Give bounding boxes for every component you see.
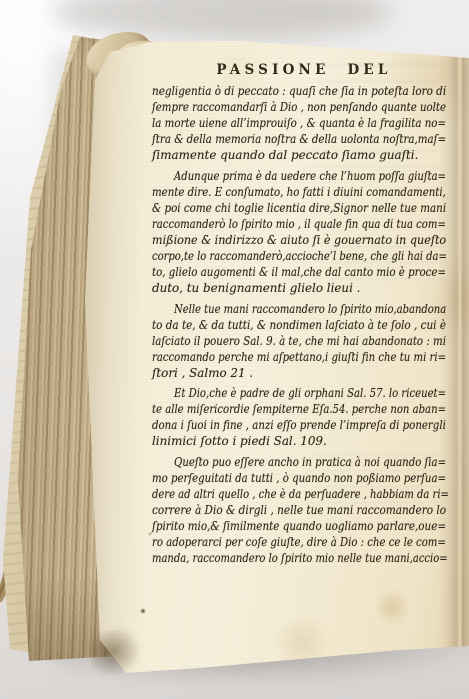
- text-line: ſempre raccomandarſi à Dio , non penſand…: [152, 99, 448, 115]
- text-line: dona i ſuoi in fine , anzi eſſo prende l…: [152, 417, 448, 433]
- text-line: manda, raccomandero lo ſpirito mio nelle…: [152, 550, 448, 566]
- text-line: raccomando perche mi aſpettano,i giuſti …: [152, 349, 448, 365]
- paragraph: Adunque prima è da uedere che l’huom poſ…: [152, 168, 448, 296]
- text-line: Nelle tue mani raccomandero lo ſpirito m…: [152, 301, 448, 317]
- running-header: PASSIONE DEL: [168, 62, 440, 78]
- text-line: Queſto puo eſſere ancho in pratica à noi…: [152, 454, 448, 470]
- book-photograph: PASSIONE DEL negligentia ò di peccato : …: [0, 0, 469, 699]
- text-line: negligentia ò di peccato : quaſi che ſia…: [152, 83, 448, 99]
- text-line: to, glielo augomenti & il mal,che dal ca…: [152, 264, 448, 280]
- text-line: la morte uiene all’improuiſo , & quanta …: [152, 115, 448, 131]
- text-line: ro adoperarci per coſe giuſte, dire à Di…: [152, 534, 448, 550]
- text-line: raccomanderò lo ſpirito mio , il quale f…: [152, 216, 448, 232]
- text-line: mente dire. E conſumato, ho fatti i diui…: [152, 184, 448, 200]
- text-line: duto, tu benignamenti glielo lieui .: [152, 280, 448, 296]
- paragraph: Queſto puo eſſere ancho in pratica à noi…: [152, 454, 448, 566]
- text-block: negligentia ò di peccato : quaſi che ſia…: [152, 83, 448, 566]
- paragraph: Nelle tue mani raccomandero lo ſpirito m…: [152, 301, 448, 381]
- text-line: mißione & indirizzo & aiuto ſi è gouerna…: [152, 232, 448, 248]
- text-line: te alle miſericordie ſempiterne Eſa.54. …: [152, 401, 448, 417]
- text-line: ſtra & della memoria noſtra & della uolo…: [152, 131, 448, 147]
- text-line: Adunque prima è da uedere che l’huom poſ…: [152, 168, 448, 184]
- text-line: Et Dio,che è padre de gli orphani Sal. 5…: [152, 385, 448, 401]
- text-line: linimici ſotto i piedi Sal. 109.: [152, 433, 448, 449]
- text-line: dere ad altri quello , che è da perſuade…: [152, 486, 448, 502]
- text-line: ſimamente quando dal peccato ſiamo guaſt…: [152, 147, 448, 163]
- text-line: mo perſeguitati da tutti , ò quando non …: [152, 470, 448, 486]
- text-line: to da te, & da tutti, & nondimen laſciat…: [152, 317, 448, 333]
- text-line: corpo,te lo raccomanderò,accioche’l bene…: [152, 248, 448, 264]
- text-line: ſpirito mio,& ſimilmente quando uogliamo…: [152, 518, 448, 534]
- text-line: & poi come chi toglie licentia dire,Sign…: [152, 200, 448, 216]
- paragraph: negligentia ò di peccato : quaſi che ſia…: [152, 83, 448, 163]
- text-line: laſciato il pouero Sal. 9. à te, che mi …: [152, 333, 448, 349]
- paragraph: Et Dio,che è padre de gli orphani Sal. 5…: [152, 385, 448, 449]
- text-line: ſtori , Salmo 21 .: [152, 365, 448, 381]
- text-line: correre à Dio & dirgli , nelle tue mani …: [152, 502, 448, 518]
